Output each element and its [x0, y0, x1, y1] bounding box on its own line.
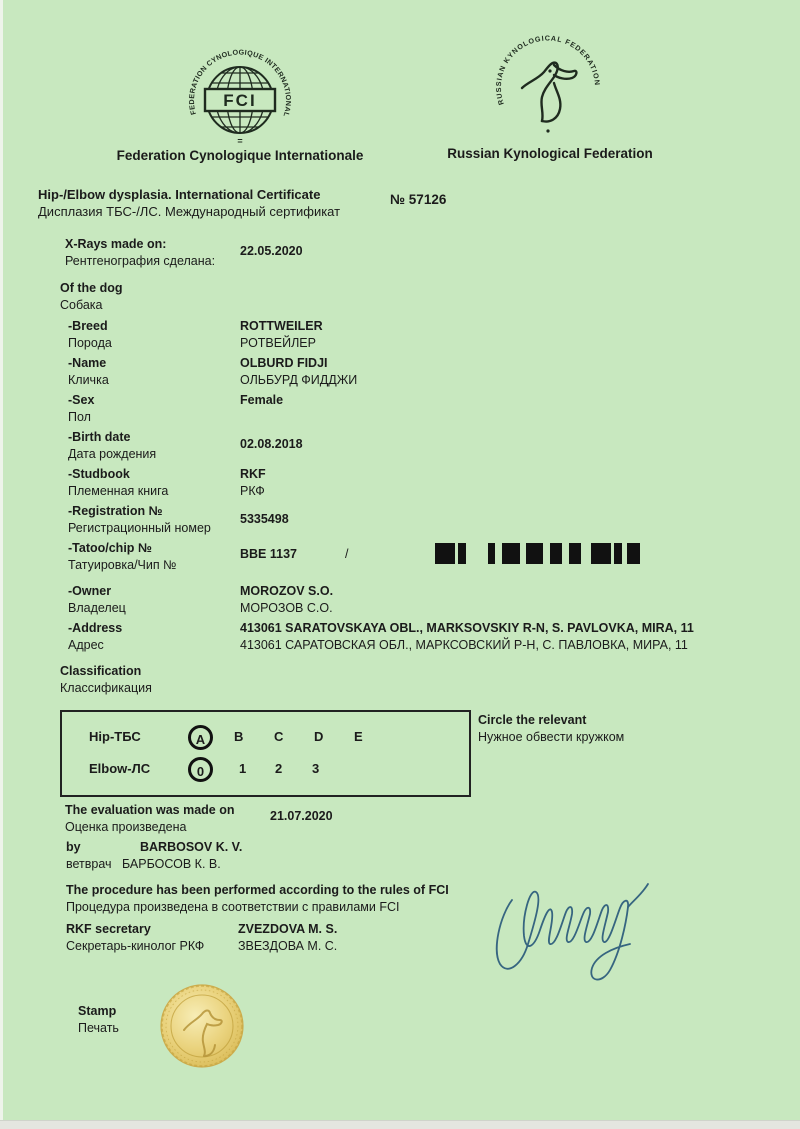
sex-label-en: -Sex — [68, 392, 94, 408]
breed-value-en: ROTTWEILER — [240, 318, 323, 334]
hip-row-label: Hip-ТБС — [89, 729, 141, 744]
address-value-ru: 413061 САРАТОВСКАЯ ОБЛ., МАРКСОВСКИЙ Р-Н… — [240, 637, 688, 653]
owner-value-ru: МОРОЗОВ С.О. — [240, 600, 333, 616]
address-value-en: 413061 SARATOVSKAYA OBL., MARKSOVSKIY R-… — [240, 620, 694, 636]
by-label-ru: ветврач — [66, 856, 112, 872]
evaluation-label-en: The evaluation was made on — [65, 802, 235, 818]
registration-label-en: -Registration № — [68, 503, 163, 519]
secretary-label-ru: Секретарь-кинолог РКФ — [66, 938, 204, 954]
owner-label-ru: Владелец — [68, 600, 126, 616]
classification-heading-en: Classification — [60, 663, 141, 679]
rkf-ring-text: RUSSIAN KYNOLOGICAL FEDERATION — [494, 33, 602, 106]
owner-label-en: -Owner — [68, 583, 111, 599]
name-value-en: OLBURD FIDJI — [240, 355, 328, 371]
breed-label-en: -Breed — [68, 318, 108, 334]
registration-value: 5335498 — [240, 511, 289, 527]
birthdate-value: 02.08.2018 — [240, 436, 303, 452]
certificate-number: № 57126 — [390, 192, 446, 208]
hip-grade-selected: A — [188, 725, 213, 750]
vet-name-en: BARBOSOV K. V. — [140, 839, 242, 855]
fci-globe-logo: FEDERATION CYNOLOGIQUE INTERNATIONALE FC… — [183, 38, 297, 152]
scan-bottom-edge — [0, 1120, 800, 1129]
gold-embossed-seal — [158, 982, 246, 1070]
stamp-label-en: Stamp — [78, 1003, 116, 1019]
by-label-en: by — [66, 839, 81, 855]
elbow-grade-1: 1 — [239, 761, 246, 776]
secretary-signature — [490, 870, 662, 985]
elbow-grade-3: 3 — [312, 761, 319, 776]
hip-grade-b: B — [234, 729, 243, 744]
address-label-ru: Адрес — [68, 637, 104, 653]
procedure-note-ru: Процедура произведена в соответствии с п… — [66, 899, 399, 915]
breed-label-ru: Порода — [68, 335, 112, 351]
name-label-en: -Name — [68, 355, 106, 371]
evaluation-label-ru: Оценка произведена — [65, 819, 186, 835]
certificate-title-ru: Дисплазия ТБС-/ЛС. Международный сертифи… — [38, 204, 340, 220]
name-label-ru: Кличка — [68, 372, 109, 388]
studbook-label-en: -Studbook — [68, 466, 130, 482]
procedure-note-en: The procedure has been performed accordi… — [66, 882, 449, 898]
studbook-value-en: RKF — [240, 466, 266, 482]
certificate-title-en: Hip-/Elbow dysplasia. International Cert… — [38, 187, 320, 203]
tatoo-label-en: -Tatoo/chip № — [68, 540, 152, 556]
studbook-value-ru: РКФ — [240, 483, 265, 499]
secretary-name-ru: ЗВЕЗДОВА М. С. — [238, 938, 337, 954]
birthdate-label-ru: Дата рождения — [68, 446, 156, 462]
elbow-grade-selected: 0 — [188, 757, 213, 782]
elbow-grade-2: 2 — [275, 761, 282, 776]
name-value-ru: ОЛЬБУРД ФИДДЖИ — [240, 372, 357, 388]
hip-grade-c: C — [274, 729, 283, 744]
tatoo-value: BBE 1137 — [240, 546, 297, 562]
fci-center-text: FCI — [223, 91, 256, 110]
dog-section-en: Of the dog — [60, 280, 123, 296]
secretary-name-en: ZVEZDOVA M. S. — [238, 921, 337, 937]
hip-grade-d: D — [314, 729, 323, 744]
sex-label-ru: Пол — [68, 409, 91, 425]
registration-label-ru: Регистрационный номер — [68, 520, 211, 536]
dog-section-ru: Собака — [60, 297, 103, 313]
xray-date: 22.05.2020 — [240, 243, 303, 259]
fci-bottom-symbol: = — [237, 136, 242, 146]
certificate-page: FEDERATION CYNOLOGIQUE INTERNATIONALE FC… — [0, 0, 800, 1129]
scan-left-edge — [0, 0, 3, 1129]
sex-value: Female — [240, 392, 283, 408]
circle-note-en: Circle the relevant — [478, 712, 586, 728]
birthdate-label-en: -Birth date — [68, 429, 131, 445]
vet-name-ru: БАРБОСОВ К. В. — [122, 856, 221, 872]
hip-grade-e: E — [354, 729, 363, 744]
evaluation-date: 21.07.2020 — [270, 808, 333, 824]
xray-label-en: X-Rays made on: — [65, 236, 166, 252]
address-label-en: -Address — [68, 620, 122, 636]
elbow-row-label: Elbow-ЛС — [89, 761, 150, 776]
rkf-caption: Russian Kynological Federation — [400, 146, 700, 161]
stamp-label-ru: Печать — [78, 1020, 119, 1036]
tatoo-separator: / — [345, 546, 348, 562]
xray-label-ru: Рентгенография сделана: — [65, 253, 215, 269]
rkf-ring-dot — [546, 129, 549, 132]
tatoo-label-ru: Татуировка/Чип № — [68, 557, 177, 573]
rkf-dog-logo: RUSSIAN KYNOLOGICAL FEDERATION — [492, 30, 604, 142]
circle-note-ru: Нужное обвести кружком — [478, 729, 624, 745]
studbook-label-ru: Племенная книга — [68, 483, 168, 499]
classification-box: Hip-ТБС A B C D E Elbow-ЛС 0 1 2 3 — [60, 710, 471, 797]
secretary-label-en: RKF secretary — [66, 921, 151, 937]
breed-value-ru: РОТВЕЙЛЕР — [240, 335, 316, 351]
owner-value-en: MOROZOV S.O. — [240, 583, 333, 599]
classification-heading-ru: Классификация — [60, 680, 152, 696]
svg-text:RUSSIAN KYNOLOGICAL FEDERATION: RUSSIAN KYNOLOGICAL FEDERATION — [494, 33, 602, 106]
chip-number-redaction-barcode — [435, 543, 640, 564]
fci-caption: Federation Cynologique Internationale — [70, 148, 410, 163]
